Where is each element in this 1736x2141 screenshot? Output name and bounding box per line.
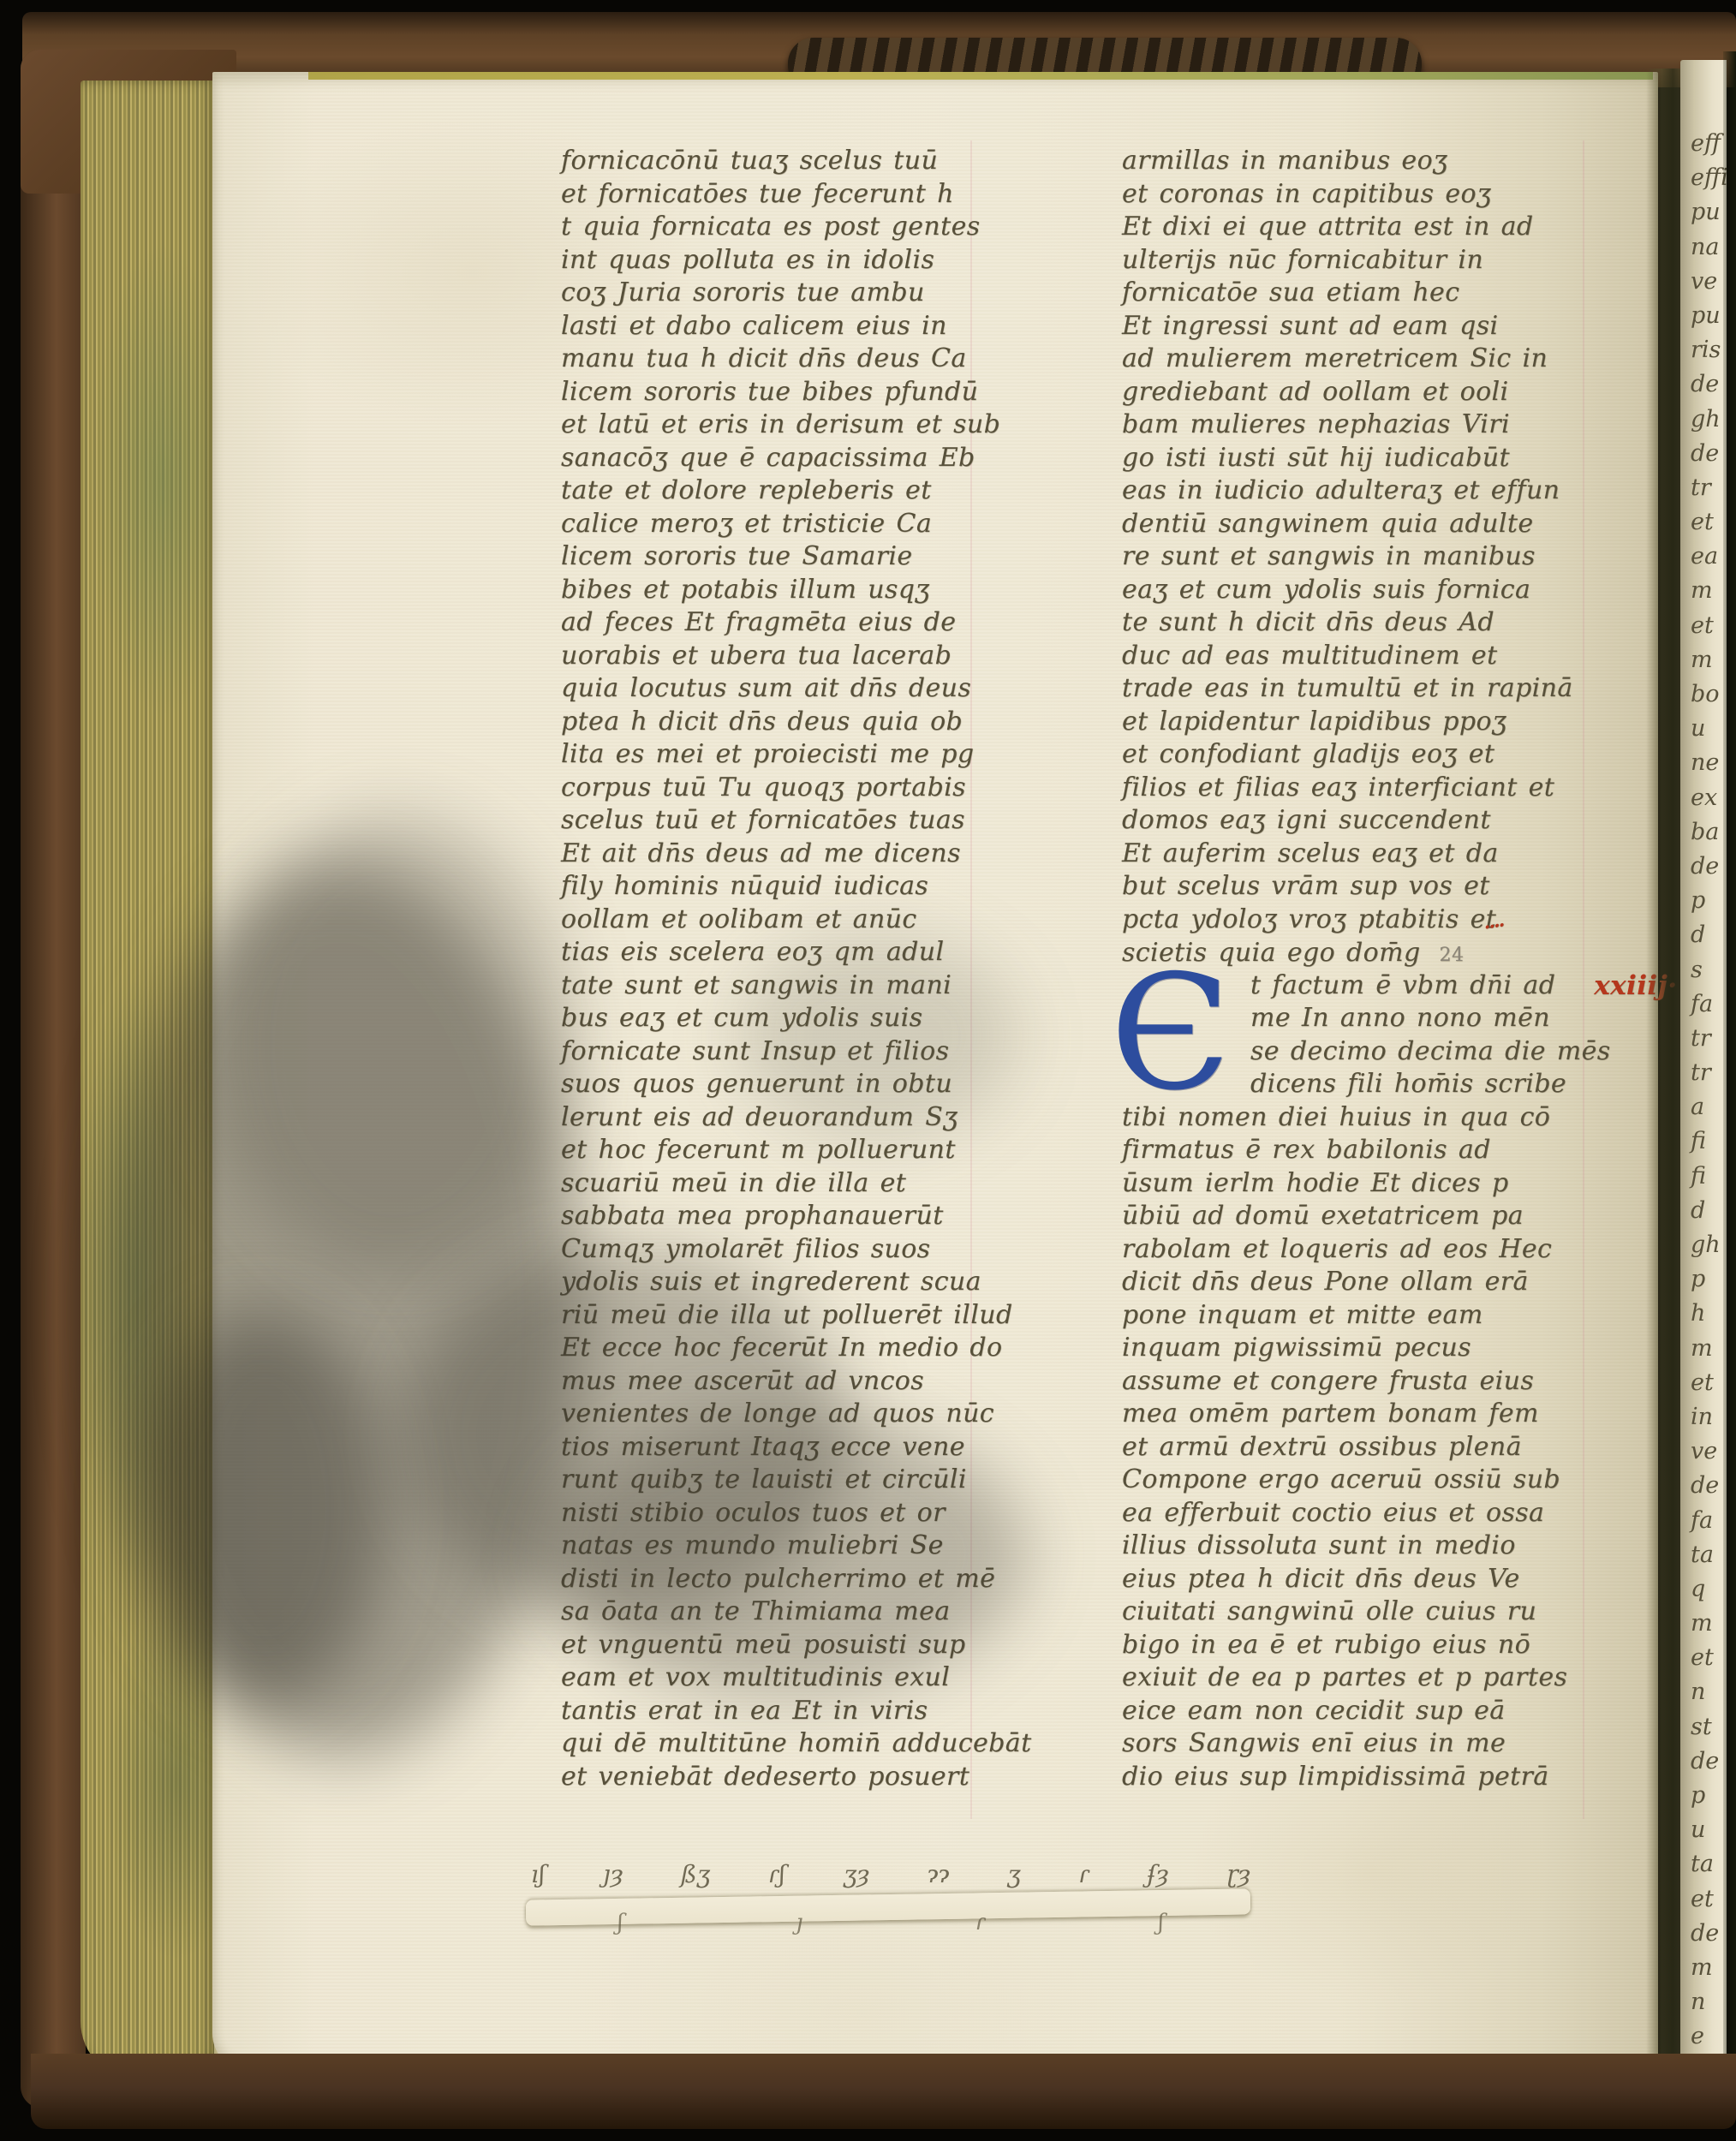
text-line: venientes de longe ad quos nūc <box>561 1398 1032 1431</box>
illuminated-initial-E: Є <box>1110 964 1232 1101</box>
text-fragment: u <box>1691 712 1727 746</box>
text-line: oollam et oolibam et anūc <box>561 904 1032 937</box>
erased-inscription-ascenders: ıʃȷȝßʒɾʃʒȝɂɂʒɾʄȝɽȝ <box>531 1860 1250 1888</box>
ink-mark: ßʒ <box>681 1860 711 1888</box>
text-line: tantis erat in ea Et in viris <box>561 1695 1032 1728</box>
text-fragment: gh <box>1691 1228 1727 1262</box>
ink-mark: ɾʃ <box>768 1860 785 1888</box>
text-line: nisti stibio oculos tuos et or <box>561 1497 1032 1530</box>
text-line: uorabis et ubera tua lacerab <box>561 640 1032 673</box>
text-fragment: ba <box>1691 815 1727 850</box>
right-column-upper: armillas in manibus eoʒet coronas in cap… <box>1122 145 1677 936</box>
text-fragment: tr <box>1691 1056 1727 1090</box>
text-line: eam et vox multitudinis exul <box>561 1661 1032 1695</box>
text-fragment: ris <box>1691 333 1727 367</box>
text-line: inquam pigwissimū pecus <box>1122 1332 1677 1365</box>
text-line: pcta ydoloʒ vroʒ ptabitis et <box>1122 904 1677 937</box>
text-line: eas in iudicio adulteraʒ et effun <box>1122 474 1677 508</box>
right-edge-shadow <box>1723 51 1736 2072</box>
erased-inscription-descenders: ʃȷɾʃ <box>531 1910 1250 1935</box>
text-fragment: de <box>1691 1744 1727 1779</box>
text-line: Et dixi ei que attrita est in ad <box>1122 211 1677 244</box>
text-fragment: eff <box>1691 127 1727 161</box>
text-line: bibes et potabis illum usqʒ <box>561 574 1032 607</box>
text-fragment: n <box>1691 1985 1727 2019</box>
text-line: fornicacōnū tuaʒ scelus tuū <box>561 145 1032 178</box>
text-line: go isti iusti sūt hij iudicabūt <box>1122 442 1677 475</box>
text-fragment: fa <box>1691 1504 1727 1538</box>
text-line: int quas polluta es in idolis <box>561 244 1032 277</box>
text-fragment: pu <box>1691 195 1727 230</box>
text-fragment: na <box>1691 230 1727 265</box>
leather-cover-left <box>21 50 86 2108</box>
ink-mark: ɂɂ <box>927 1860 949 1888</box>
text-line: bigo in ea ē et rubigo eius nō <box>1122 1629 1677 1662</box>
text-line: dicens fili hom̄is scribe <box>1250 1068 1677 1101</box>
text-fragment: ea <box>1691 540 1727 574</box>
text-fragment: fi <box>1691 1160 1727 1194</box>
text-fragment: de <box>1691 1469 1727 1503</box>
page-top-edge-stain <box>308 72 1653 80</box>
text-fragment: n <box>1691 1675 1727 1709</box>
text-line: Et ecce hoc fecerūt In medio do <box>561 1332 1032 1365</box>
text-line: me In anno nono mēn <box>1250 1002 1677 1035</box>
text-fragment: in <box>1691 1400 1727 1434</box>
text-fragment: ne <box>1691 746 1727 780</box>
text-line: t quia fornicata es post gentes <box>561 211 1032 244</box>
text-fragment: effi <box>1691 161 1727 195</box>
text-line: licem sororis tue Samarie <box>561 540 1032 574</box>
text-fragment: bo <box>1691 677 1727 712</box>
text-line: Et ingressi sunt ad eam qsi <box>1122 310 1677 343</box>
text-line: calice meroʒ et tristicie Ca <box>561 508 1032 541</box>
text-line: ad mulierem meretricem Sic in <box>1122 343 1677 376</box>
text-fragment: m <box>1691 643 1727 677</box>
text-fragment: q <box>1691 1572 1727 1607</box>
text-fragment: et <box>1691 1641 1727 1675</box>
text-fragment: de <box>1691 367 1727 402</box>
text-fragment: tr <box>1691 1022 1727 1056</box>
text-line: qui dē multitūne homin̄ adducebāt <box>561 1727 1032 1761</box>
text-fragment: st <box>1691 1710 1727 1744</box>
text-line: armillas in manibus eoʒ <box>1122 145 1677 178</box>
text-line: et armū dextrū ossibus plenā <box>1122 1431 1677 1464</box>
text-line: eaʒ et cum ydolis suis fornica <box>1122 574 1677 607</box>
ink-mark: ıʃ <box>531 1860 546 1888</box>
text-line: exiuit de ea p partes et p partes <box>1122 1661 1677 1695</box>
text-fragment: h <box>1691 1297 1727 1331</box>
text-line: filios et filias eaʒ interficiant et <box>1122 772 1677 805</box>
text-line: et latū et eris in derisum et sub <box>561 409 1032 442</box>
text-fragment: et <box>1691 1882 1727 1917</box>
text-line: trade eas in tumultū et in rapinā <box>1122 672 1677 706</box>
text-line: domos eaʒ igni succendent <box>1122 804 1677 838</box>
text-fragment: fi <box>1691 1124 1727 1159</box>
text-fragment: tr <box>1691 471 1727 505</box>
facing-page-edge: effeffipunavepurisdeghdetreteametmbounee… <box>1680 60 1727 2074</box>
text-line: fornicatōe sua etiam hec <box>1122 277 1677 310</box>
text-line: Et auferim scelus eaʒ et da <box>1122 838 1677 871</box>
text-fragment: p <box>1691 1262 1727 1297</box>
text-line: bam mulieres nephazias Viri <box>1122 409 1677 442</box>
text-line: Et ait dn̄s deus ad me dicens <box>561 838 1032 871</box>
text-line: ad feces Et fragmēta eius de <box>561 606 1032 640</box>
text-line: te sunt h dicit dn̄s deus Ad <box>1122 606 1677 640</box>
text-fragment: ve <box>1691 1434 1727 1469</box>
ink-mark: ɽȝ <box>1226 1860 1250 1888</box>
text-fragment: et <box>1691 609 1727 643</box>
right-column-lower: tibi nomen diei huius in qua cōfirmatus … <box>1122 1101 1677 1794</box>
text-line: coʒ Juria sororis tue ambu <box>561 277 1032 310</box>
text-fragment: m <box>1691 1332 1727 1366</box>
text-line: disti in lecto pulcherrimo et mē <box>561 1563 1032 1596</box>
text-line: et fornicatōes tue fecerunt h <box>561 178 1032 212</box>
text-line: se decimo decima die mēs <box>1250 1035 1677 1069</box>
text-line: sabbata mea prophanauerūt <box>561 1200 1032 1233</box>
text-fragment: ve <box>1691 265 1727 299</box>
facing-page-text-fragments: effeffipunavepurisdeghdetreteametmbounee… <box>1691 127 1727 2055</box>
text-line: Compone ergo aceruū ossiū sub <box>1122 1464 1677 1497</box>
text-fragment: et <box>1691 505 1727 540</box>
text-line: scuariū meū in die illa et <box>561 1167 1032 1201</box>
text-line: licem sororis tue bibes pfundū <box>561 376 1032 409</box>
text-line: rabolam et loqueris ad eos Hec <box>1122 1233 1677 1267</box>
text-line: dio eius sup limpidissimā petrā <box>1122 1761 1677 1794</box>
text-line: but scelus vrām sup vos et <box>1122 870 1677 904</box>
text-column-right: armillas in manibus eoʒet coronas in cap… <box>1122 145 1677 1793</box>
text-line: t factum ē vbm dn̄i ad <box>1250 969 1677 1003</box>
text-fragment: u <box>1691 1813 1727 1847</box>
text-line: ea efferbuit coctio eius et ossa <box>1122 1497 1677 1530</box>
text-fragment: pu <box>1691 299 1727 333</box>
ink-mark: ʒ <box>1007 1860 1021 1888</box>
fore-edge-page-stack <box>81 81 218 2081</box>
text-fragment: ta <box>1691 1847 1727 1882</box>
text-line: dicit dn̄s deus Pone ollam erā <box>1122 1266 1677 1299</box>
text-line: sanacōʒ que ē capacissima Eb <box>561 442 1032 475</box>
ink-mark: ʃ <box>1158 1910 1164 1935</box>
text-line: firmatus ē rex babilonis ad <box>1122 1134 1677 1167</box>
text-line: dentiū sangwinem quia adulte <box>1122 508 1677 541</box>
initial-indented-lines: t factum ē vbm dn̄i adme In anno nono mē… <box>1250 969 1677 1101</box>
ink-mark: ʒȝ <box>844 1860 869 1888</box>
text-line: suos quos genuerunt in obtu <box>561 1068 1032 1101</box>
text-line: natas es mundo muliebri Se <box>561 1530 1032 1563</box>
manuscript-photo: fornicacōnū tuaʒ scelus tuūet fornicatōe… <box>0 0 1736 2141</box>
text-line: et lapidentur lapidibus ppoʒ <box>1122 706 1677 739</box>
text-line: sors Sangwis enī eius in me <box>1122 1727 1677 1761</box>
text-line: ūsum ierlm hodie Et dices p <box>1122 1167 1677 1201</box>
manuscript-page: fornicacōnū tuaʒ scelus tuūet fornicatōe… <box>212 72 1658 2072</box>
text-fragment: m <box>1691 574 1727 608</box>
text-line: corpus tuū Tu quoqʒ portabis <box>561 772 1032 805</box>
text-fragment: et <box>1691 1366 1727 1400</box>
text-line: lita es mei et proiecisti me pg <box>561 738 1032 772</box>
text-column-left: fornicacōnū tuaʒ scelus tuūet fornicatōe… <box>561 145 1032 1793</box>
text-line: et vnguentū meū posuisti sup <box>561 1629 1032 1662</box>
text-fragment: p <box>1691 1779 1727 1813</box>
text-line: runt quibʒ te lauisti et circūli <box>561 1464 1032 1497</box>
text-line: ūbiū ad domū exetatricem pa <box>1122 1200 1677 1233</box>
ink-mark: ʃ <box>617 1910 623 1935</box>
text-line: tias eis scelera eoʒ qm adul <box>561 936 1032 969</box>
text-line: ciuitati sangwinū olle cuius ru <box>1122 1595 1677 1629</box>
text-fragment: m <box>1691 1951 1727 1985</box>
text-line: et hoc fecerunt m polluerunt <box>561 1134 1032 1167</box>
text-fragment: de <box>1691 1917 1727 1951</box>
chapter-number-pencil: 24 <box>1440 939 1465 973</box>
text-line: et veniebāt dedeserto posuert <box>561 1761 1032 1794</box>
text-fragment: gh <box>1691 403 1727 437</box>
text-line: et coronas in capitibus eoʒ <box>1122 178 1677 212</box>
text-fragment: ta <box>1691 1538 1727 1572</box>
text-line: mus mee ascerūt ad vncos <box>561 1365 1032 1399</box>
text-line: ulterijs nūc fornicabitur in <box>1122 244 1677 277</box>
text-line: ydolis suis et ingrederent scua <box>561 1266 1032 1299</box>
text-line: lasti et dabo calicem eius in <box>561 310 1032 343</box>
text-line: manu tua h dicit dn̄s deus Ca <box>561 343 1032 376</box>
text-fragment: e <box>1691 2019 1727 2054</box>
text-fragment: fa <box>1691 987 1727 1022</box>
text-line: tate sunt et sangwis in mani <box>561 969 1032 1003</box>
text-line: sa ōata an te Thimiama mea <box>561 1595 1032 1629</box>
text-line: pone inquam et mitte eam <box>1122 1299 1677 1333</box>
ink-mark: ɾ <box>975 1910 986 1935</box>
text-line: tios miserunt Itaqʒ ecce vene <box>561 1431 1032 1464</box>
text-line: ptea h dicit dn̄s deus quia ob <box>561 706 1032 739</box>
text-line: fornicate sunt Insup et filios <box>561 1035 1032 1069</box>
text-fragment: d <box>1691 918 1727 952</box>
text-fragment: p <box>1691 884 1727 918</box>
text-line: grediebant ad oollam et ooli <box>1122 376 1677 409</box>
ink-mark: ȷ <box>796 1910 802 1935</box>
chapter-opening: Є t factum ē vbm dn̄i adme In anno nono … <box>1122 969 1677 1101</box>
text-line: eius ptea h dicit dn̄s deus Ve <box>1122 1563 1677 1596</box>
text-line: re sunt et sangwis in manibus <box>1122 540 1677 574</box>
text-line: Cumqʒ ymolarēt filios suos <box>561 1233 1032 1267</box>
text-fragment: de <box>1691 850 1727 884</box>
ink-mark: ʄȝ <box>1147 1860 1168 1888</box>
leather-cover-bottom <box>31 2054 1736 2129</box>
text-fragment: a <box>1691 1090 1727 1124</box>
text-fragment: ex <box>1691 781 1727 815</box>
text-line: illius dissoluta sunt in medio <box>1122 1530 1677 1563</box>
text-line: lerunt eis ad deuorandum Sʒ <box>561 1101 1032 1135</box>
text-line: fily hominis nūquid iudicas <box>561 870 1032 904</box>
text-fragment: d <box>1691 1194 1727 1228</box>
text-line: duc ad eas multitudinem et <box>1122 640 1677 673</box>
text-line: bus eaʒ et cum ydolis suis <box>561 1002 1032 1035</box>
text-line: scelus tuū et fornicatōes tuas <box>561 804 1032 838</box>
text-line: tate et dolore repleberis et <box>561 474 1032 508</box>
text-line: riū meū die illa ut polluerēt illud <box>561 1299 1032 1333</box>
text-line: quia locutus sum ait dn̄s deus <box>561 672 1032 706</box>
text-line: et confodiant gladijs eoʒ et <box>1122 738 1677 772</box>
text-fragment: s <box>1691 953 1727 987</box>
text-line: eice eam non cecidit sup eā <box>1122 1695 1677 1728</box>
text-fragment: de <box>1691 437 1727 471</box>
text-line: assume et congere frusta eius <box>1122 1365 1677 1399</box>
text-line: mea omēm partem bonam fem <box>1122 1398 1677 1431</box>
ink-mark: ȷȝ <box>603 1860 623 1888</box>
text-fragment: m <box>1691 1607 1727 1641</box>
ink-mark: ɾ <box>1078 1860 1089 1888</box>
